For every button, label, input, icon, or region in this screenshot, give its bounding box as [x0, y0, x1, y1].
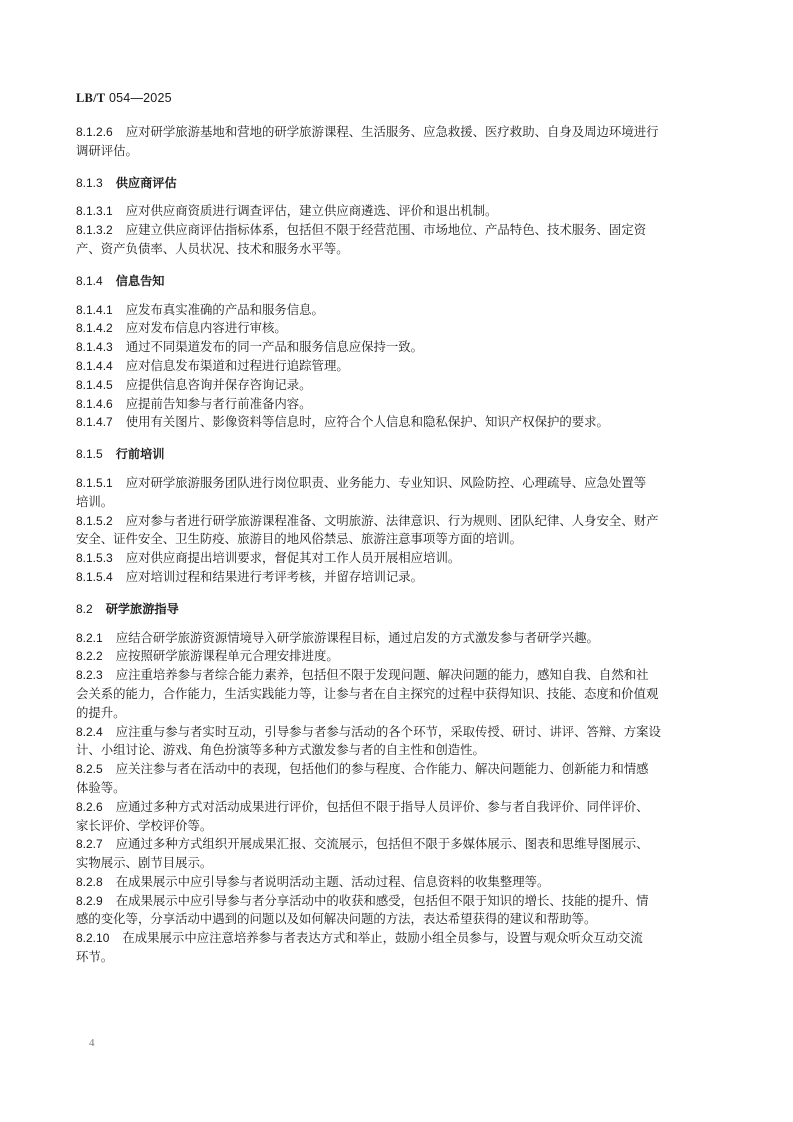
- clause: 8.1.5.1应对研学旅游服务团队进行岗位职责、业务能力、专业知识、风险防控、心…: [76, 474, 716, 512]
- clause-line: 8.1.4.5应提供信息咨询并保存咨询记录。: [76, 376, 716, 395]
- clause-text: 应发布真实准确的产品和服务信息。: [126, 302, 324, 317]
- clause-text: 应建立供应商评估指标体系，包括但不限于经营范围、市场地位、产品特色、技术服务、固…: [126, 222, 646, 237]
- spacer: [76, 291, 716, 301]
- document-body: 8.1.2.6应对研学旅游基地和营地的研学旅游课程、生活服务、应急救援、医疗救助…: [76, 123, 716, 967]
- clause-line: 8.1.4.4应对信息发布渠道和过程进行追踪管理。: [76, 357, 716, 376]
- clause: 8.1.4.4应对信息发布渠道和过程进行追踪管理。: [76, 357, 716, 376]
- clause-text: 的提升。: [76, 705, 126, 720]
- clause-text: 体验等。: [76, 780, 126, 795]
- clause-text: 通过不同渠道发布的同一产品和服务信息应保持一致。: [126, 339, 423, 354]
- clause-number: 8.1.4.7: [76, 415, 113, 429]
- clause-line: 8.1.4.1应发布真实准确的产品和服务信息。: [76, 301, 716, 320]
- clause-text: 安全、证件安全、卫生防疫、旅游目的地风俗禁忌、旅游注意事项等方面的培训。: [76, 531, 522, 546]
- spacer: [76, 161, 716, 174]
- clause: 8.1.3.2应建立供应商评估指标体系，包括但不限于经营范围、市场地位、产品特色…: [76, 221, 716, 259]
- clause-line: 产、资产负债率、人员状况、技术和服务水平等。: [76, 240, 716, 259]
- clause-text: 应注重培养参与者综合能力素养，包括但不限于发现问题、解决问题的能力，感知自我、自…: [116, 667, 649, 682]
- clause-number: 8.1.3.1: [76, 204, 113, 218]
- clause-text: 应提供信息咨询并保存咨询记录。: [126, 377, 312, 392]
- clause-number: 8.2.6: [76, 800, 103, 814]
- clause-text: 应对信息发布渠道和过程进行追踪管理。: [126, 358, 349, 373]
- clause: 8.1.4.5应提供信息咨询并保存咨询记录。: [76, 376, 716, 395]
- clause-line: 8.1.4.3通过不同渠道发布的同一产品和服务信息应保持一致。: [76, 338, 716, 357]
- clause: 8.2.4应注重与参与者实时互动，引导参与者参与活动的各个环节，采取传授、研讨、…: [76, 723, 716, 761]
- clause-text: 应按照研学旅游课程单元合理安排进度。: [116, 648, 339, 663]
- clause-line: 安全、证件安全、卫生防疫、旅游目的地风俗禁忌、旅游注意事项等方面的培训。: [76, 530, 716, 549]
- clause-number: 8.2.9: [76, 894, 103, 908]
- clause-line: 8.1.2.6应对研学旅游基地和营地的研学旅游课程、生活服务、应急救援、医疗救助…: [76, 123, 716, 142]
- section-number: 8.2: [76, 602, 93, 616]
- spacer: [76, 587, 716, 600]
- spacer: [76, 619, 716, 629]
- clause-line: 8.2.9在成果展示中应引导参与者分享活动中的收获和感受，包括但不限于知识的增长…: [76, 892, 716, 911]
- clause: 8.1.3.1应对供应商资质进行调查评估，建立供应商遴选、评价和退出机制。: [76, 202, 716, 221]
- clause-text: 感的变化等，分享活动中遇到的问题以及如何解决问题的方法，表达希望获得的建议和帮助…: [76, 911, 596, 926]
- clause: 8.1.4.2应对发布信息内容进行审核。: [76, 319, 716, 338]
- clause: 8.1.4.7使用有关图片、影像资料等信息时，应符合个人信息和隐私保护、知识产权…: [76, 413, 716, 432]
- clause-text: 家长评价、学校评价等。: [76, 818, 212, 833]
- clause-text: 实物展示、剧节目展示。: [76, 855, 212, 870]
- clause-number: 8.2.3: [76, 668, 103, 682]
- clause-text: 应结合研学旅游资源情境导入研学旅游课程目标，通过启发的方式激发参与者研学兴趣。: [116, 630, 599, 645]
- clause: 8.2.6应通过多种方式对活动成果进行评价，包括但不限于指导人员评价、参与者自我…: [76, 798, 716, 836]
- clause-text: 环节。: [76, 949, 113, 964]
- clause-line: 计、小组讨论、游戏、角色扮演等多种方式激发参与者的自主性和创造性。: [76, 741, 716, 760]
- section-heading: 8.2研学旅游指导: [76, 600, 716, 619]
- clause-text: 应注重与参与者实时互动，引导参与者参与活动的各个环节，采取传授、研讨、讲评、答辩…: [116, 724, 661, 739]
- standard-number: 054—2025: [109, 91, 172, 105]
- clause-number: 8.2.7: [76, 837, 103, 851]
- clause: 8.1.5.3应对供应商提出培训要求，督促其对工作人员开展相应培训。: [76, 549, 716, 568]
- clause-number: 8.1.5.2: [76, 514, 113, 528]
- clause-line: 8.2.8在成果展示中应引导参与者说明活动主题、活动过程、信息资料的收集整理等。: [76, 873, 716, 892]
- clause-line: 8.1.4.2应对发布信息内容进行审核。: [76, 319, 716, 338]
- standard-prefix: LB/T: [76, 91, 105, 105]
- page-number: 4: [89, 1037, 95, 1049]
- clause: 8.2.7应通过多种方式组织开展成果汇报、交流展示，包括但不限于多媒体展示、图表…: [76, 835, 716, 873]
- clause-line: 8.2.5应关注参与者在活动中的表现，包括他们的参与程度、合作能力、解决问题能力…: [76, 760, 716, 779]
- section-heading: 8.1.3供应商评估: [76, 174, 716, 193]
- clause-line: 8.2.3应注重培养参与者综合能力素养，包括但不限于发现问题、解决问题的能力，感…: [76, 666, 716, 685]
- spacer: [76, 192, 716, 202]
- clause-text: 培训。: [76, 494, 113, 509]
- clause: 8.1.2.6应对研学旅游基地和营地的研学旅游课程、生活服务、应急救援、医疗救助…: [76, 123, 716, 161]
- clause: 8.1.4.6应提前告知参与者行前准备内容。: [76, 395, 716, 414]
- clause-text: 在成果展示中应注意培养参与者表达方式和举止，鼓励小组全员参与，设置与观众听众互动…: [122, 930, 642, 945]
- section-title: 行前培训: [116, 447, 165, 461]
- clause-number: 8.2.2: [76, 649, 103, 663]
- clause-number: 8.1.4.5: [76, 378, 113, 392]
- clause: 8.2.8在成果展示中应引导参与者说明活动主题、活动过程、信息资料的收集整理等。: [76, 873, 716, 892]
- clause: 8.2.5应关注参与者在活动中的表现，包括他们的参与程度、合作能力、解决问题能力…: [76, 760, 716, 798]
- clause-line: 实物展示、剧节目展示。: [76, 854, 716, 873]
- section-number: 8.1.4: [76, 274, 103, 288]
- clause: 8.1.5.2应对参与者进行研学旅游课程准备、文明旅游、法律意识、行为规则、团队…: [76, 512, 716, 550]
- section-number: 8.1.5: [76, 447, 103, 461]
- clause-text: 应对研学旅游基地和营地的研学旅游课程、生活服务、应急救援、医疗救助、自身及周边环…: [126, 124, 659, 139]
- clause-text: 应对研学旅游服务团队进行岗位职责、业务能力、专业知识、风险防控、心理疏导、应急处…: [126, 475, 646, 490]
- clause-number: 8.1.2.6: [76, 125, 113, 139]
- clause-line: 8.1.4.6应提前告知参与者行前准备内容。: [76, 395, 716, 414]
- clause-line: 8.2.4应注重与参与者实时互动，引导参与者参与活动的各个环节，采取传授、研讨、…: [76, 723, 716, 742]
- clause-number: 8.2.8: [76, 875, 103, 889]
- clause-text: 计、小组讨论、游戏、角色扮演等多种方式激发参与者的自主性和创造性。: [76, 742, 485, 757]
- clause-number: 8.2.4: [76, 725, 103, 739]
- clause-number: 8.2.10: [76, 931, 109, 945]
- clause-line: 感的变化等，分享活动中遇到的问题以及如何解决问题的方法，表达希望获得的建议和帮助…: [76, 910, 716, 929]
- clause-number: 8.1.4.3: [76, 340, 113, 354]
- spacer: [76, 464, 716, 474]
- clause-text: 应对供应商提出培训要求，督促其对工作人员开展相应培训。: [126, 550, 461, 565]
- clause-number: 8.1.5.1: [76, 476, 113, 490]
- section-title: 信息告知: [116, 274, 165, 288]
- clause-text: 使用有关图片、影像资料等信息时，应符合个人信息和隐私保护、知识产权保护的要求。: [126, 414, 609, 429]
- clause-text: 会关系的能力，合作能力，生活实践能力等，让参与者在自主探究的过程中获得知识、技能…: [76, 686, 658, 701]
- clause-line: 8.2.2应按照研学旅游课程单元合理安排进度。: [76, 647, 716, 666]
- clause-text: 应对发布信息内容进行审核。: [126, 320, 287, 335]
- clause-line: 8.1.3.2应建立供应商评估指标体系，包括但不限于经营范围、市场地位、产品特色…: [76, 221, 716, 240]
- clause-text: 应通过多种方式组织开展成果汇报、交流展示，包括但不限于多媒体展示、图表和思维导图…: [116, 836, 649, 851]
- clause: 8.1.4.1应发布真实准确的产品和服务信息。: [76, 301, 716, 320]
- clause: 8.2.10在成果展示中应注意培养参与者表达方式和举止，鼓励小组全员参与，设置与…: [76, 929, 716, 967]
- clause: 8.2.9在成果展示中应引导参与者分享活动中的收获和感受，包括但不限于知识的增长…: [76, 892, 716, 930]
- clause-line: 8.2.10在成果展示中应注意培养参与者表达方式和举止，鼓励小组全员参与，设置与…: [76, 929, 716, 948]
- standard-code: LB/T 054—2025: [76, 91, 172, 106]
- clause: 8.2.3应注重培养参与者综合能力素养，包括但不限于发现问题、解决问题的能力，感…: [76, 666, 716, 722]
- clause-number: 8.1.5.4: [76, 570, 113, 584]
- clause-line: 8.1.5.3应对供应商提出培训要求，督促其对工作人员开展相应培训。: [76, 549, 716, 568]
- section-title: 研学旅游指导: [106, 602, 179, 616]
- spacer: [76, 432, 716, 445]
- clause-number: 8.1.3.2: [76, 223, 113, 237]
- clause-line: 会关系的能力，合作能力，生活实践能力等，让参与者在自主探究的过程中获得知识、技能…: [76, 685, 716, 704]
- clause-line: 8.1.3.1应对供应商资质进行调查评估，建立供应商遴选、评价和退出机制。: [76, 202, 716, 221]
- clause-text: 调研评估。: [76, 143, 138, 158]
- clause-text: 应对培训过程和结果进行考评考核，并留存培训记录。: [126, 569, 423, 584]
- section-heading: 8.1.5行前培训: [76, 445, 716, 464]
- clause-line: 8.1.4.7使用有关图片、影像资料等信息时，应符合个人信息和隐私保护、知识产权…: [76, 413, 716, 432]
- clause-line: 8.2.6应通过多种方式对活动成果进行评价，包括但不限于指导人员评价、参与者自我…: [76, 798, 716, 817]
- clause-line: 8.2.7应通过多种方式组织开展成果汇报、交流展示，包括但不限于多媒体展示、图表…: [76, 835, 716, 854]
- clause-line: 的提升。: [76, 704, 716, 723]
- clause-line: 8.1.5.2应对参与者进行研学旅游课程准备、文明旅游、法律意识、行为规则、团队…: [76, 512, 716, 531]
- clause-text: 应对供应商资质进行调查评估，建立供应商遴选、评价和退出机制。: [126, 203, 498, 218]
- spacer: [76, 259, 716, 272]
- clause: 8.2.2应按照研学旅游课程单元合理安排进度。: [76, 647, 716, 666]
- clause-line: 8.1.5.1应对研学旅游服务团队进行岗位职责、业务能力、专业知识、风险防控、心…: [76, 474, 716, 493]
- clause-line: 调研评估。: [76, 142, 716, 161]
- clause-text: 应提前告知参与者行前准备内容。: [126, 396, 312, 411]
- clause: 8.1.4.3通过不同渠道发布的同一产品和服务信息应保持一致。: [76, 338, 716, 357]
- clause: 8.2.1应结合研学旅游资源情境导入研学旅游课程目标，通过启发的方式激发参与者研…: [76, 629, 716, 648]
- clause-line: 培训。: [76, 493, 716, 512]
- clause-number: 8.1.4.2: [76, 321, 113, 335]
- document-page: LB/T 054—2025 8.1.2.6应对研学旅游基地和营地的研学旅游课程、…: [0, 0, 793, 1122]
- section-title: 供应商评估: [116, 176, 177, 190]
- clause-text: 应关注参与者在活动中的表现，包括他们的参与程度、合作能力、解决问题能力、创新能力…: [116, 761, 649, 776]
- clause-number: 8.2.5: [76, 762, 103, 776]
- section-number: 8.1.3: [76, 176, 103, 190]
- clause-line: 环节。: [76, 948, 716, 967]
- clause-text: 在成果展示中应引导参与者说明活动主题、活动过程、信息资料的收集整理等。: [116, 874, 550, 889]
- clause: 8.1.5.4应对培训过程和结果进行考评考核，并留存培训记录。: [76, 568, 716, 587]
- clause-line: 体验等。: [76, 779, 716, 798]
- clause-line: 家长评价、学校评价等。: [76, 817, 716, 836]
- clause-line: 8.1.5.4应对培训过程和结果进行考评考核，并留存培训记录。: [76, 568, 716, 587]
- clause-number: 8.1.5.3: [76, 551, 113, 565]
- clause-number: 8.2.1: [76, 631, 103, 645]
- clause-number: 8.1.4.4: [76, 359, 113, 373]
- clause-number: 8.1.4.6: [76, 397, 113, 411]
- clause-text: 应对参与者进行研学旅游课程准备、文明旅游、法律意识、行为规则、团队纪律、人身安全…: [126, 513, 659, 528]
- clause-text: 应通过多种方式对活动成果进行评价，包括但不限于指导人员评价、参与者自我评价、同伴…: [116, 799, 649, 814]
- clause-line: 8.2.1应结合研学旅游资源情境导入研学旅游课程目标，通过启发的方式激发参与者研…: [76, 629, 716, 648]
- section-heading: 8.1.4信息告知: [76, 272, 716, 291]
- clause-text: 产、资产负债率、人员状况、技术和服务水平等。: [76, 241, 349, 256]
- clause-number: 8.1.4.1: [76, 303, 113, 317]
- clause-text: 在成果展示中应引导参与者分享活动中的收获和感受，包括但不限于知识的增长、技能的提…: [116, 893, 649, 908]
